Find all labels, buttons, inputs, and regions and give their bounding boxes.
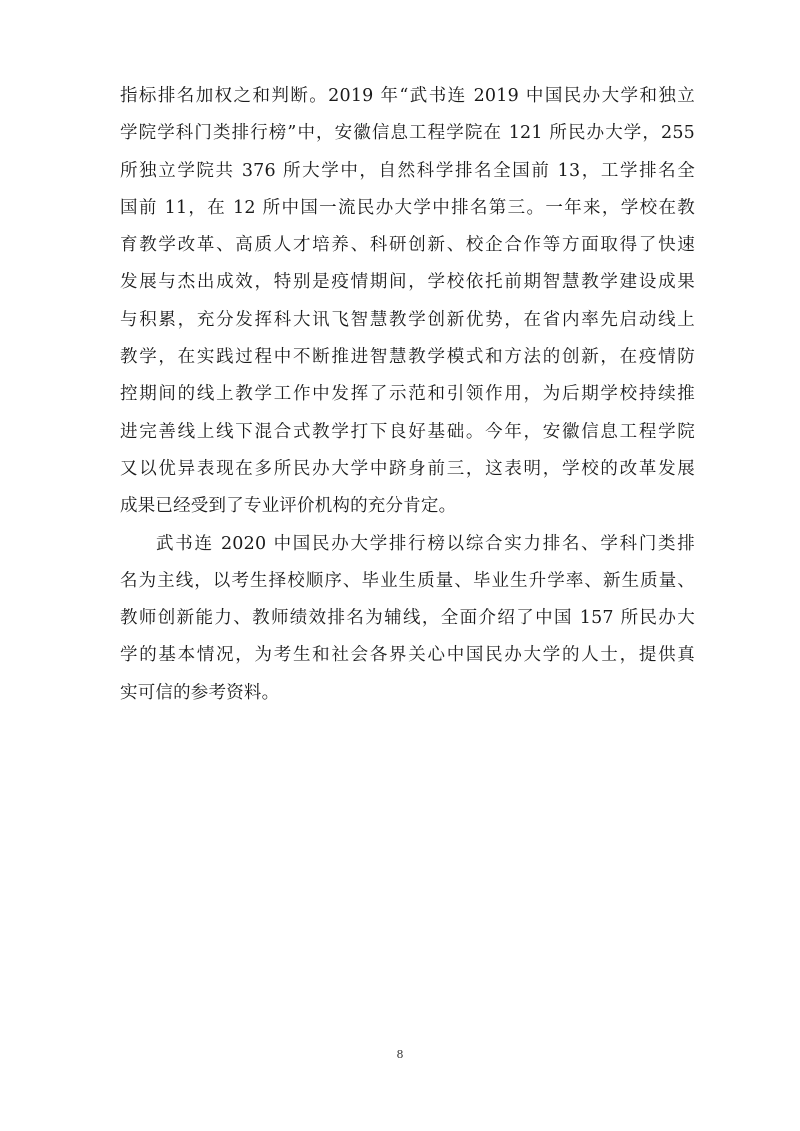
text-line: 国前 11，在 12 所中国一流民办大学中排名第三。一年来，学校在教 xyxy=(120,190,695,227)
page-number: 8 xyxy=(0,1048,800,1061)
paragraph-1: 指标排名加权之和判断。2019 年“武书连 2019 中国民办大学和独立 学院学… xyxy=(120,78,695,526)
text-line: 所独立学院共 376 所大学中，自然科学排名全国前 13，工学排名全 xyxy=(120,153,695,190)
text-line: 学院学科门类排行榜”中，安徽信息工程学院在 121 所民办大学，255 xyxy=(120,115,695,152)
paragraph-2: 武书连 2020 中国民办大学排行榜以综合实力排名、学科门类排 名为主线，以考生… xyxy=(120,526,695,712)
text-line: 教师创新能力、教师绩效排名为辅线，全面介绍了中国 157 所民办大 xyxy=(120,600,695,637)
text-line: 指标排名加权之和判断。2019 年“武书连 2019 中国民办大学和独立 xyxy=(120,78,695,115)
text-line: 武书连 2020 中国民办大学排行榜以综合实力排名、学科门类排 xyxy=(120,526,695,563)
document-page: 指标排名加权之和判断。2019 年“武书连 2019 中国民办大学和独立 学院学… xyxy=(0,0,800,1131)
body-text: 指标排名加权之和判断。2019 年“武书连 2019 中国民办大学和独立 学院学… xyxy=(120,78,695,712)
text-line: 成果已经受到了专业评价机构的充分肯定。 xyxy=(120,488,695,525)
text-line: 名为主线，以考生择校顺序、毕业生质量、毕业生升学率、新生质量、 xyxy=(120,563,695,600)
text-line: 控期间的线上教学工作中发挥了示范和引领作用，为后期学校持续推 xyxy=(120,376,695,413)
text-line: 进完善线上线下混合式教学打下良好基础。今年，安徽信息工程学院 xyxy=(120,414,695,451)
text-line: 与积累，充分发挥科大讯飞智慧教学创新优势，在省内率先启动线上 xyxy=(120,302,695,339)
text-line: 发展与杰出成效，特别是疫情期间，学校依托前期智慧教学建设成果 xyxy=(120,264,695,301)
text-line: 又以优异表现在多所民办大学中跻身前三，这表明，学校的改革发展 xyxy=(120,451,695,488)
text-line: 学的基本情况，为考生和社会各界关心中国民办大学的人士，提供真 xyxy=(120,637,695,674)
text-line: 教学，在实践过程中不断推进智慧教学模式和方法的创新，在疫情防 xyxy=(120,339,695,376)
text-line: 实可信的参考资料。 xyxy=(120,675,695,712)
text-line: 育教学改革、高质人才培养、科研创新、校企合作等方面取得了快速 xyxy=(120,227,695,264)
